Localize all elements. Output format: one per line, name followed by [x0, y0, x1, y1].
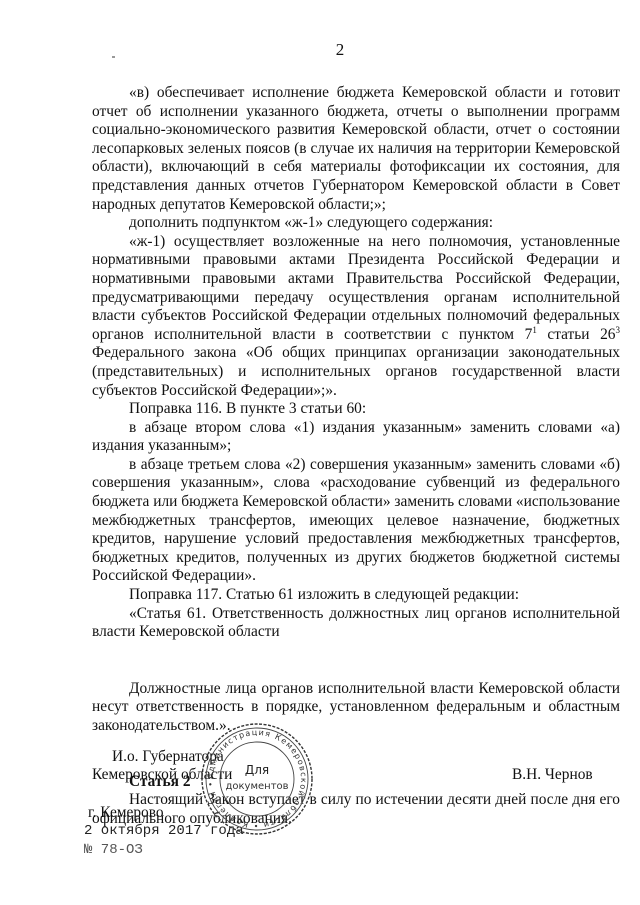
- paragraph-amendment-117: Поправка 117. Статью 61 изложить в следу…: [92, 586, 620, 605]
- page-number: 2: [0, 40, 640, 60]
- scan-speck: [112, 56, 115, 58]
- document-body: «в) обеспечивает исполнение бюджета Кеме…: [92, 84, 620, 828]
- signatory-name: В.Н. Чернов: [512, 765, 593, 784]
- svg-text:документов: документов: [225, 781, 288, 792]
- paragraph-budget-execution: «в) обеспечивает исполнение бюджета Кеме…: [92, 84, 620, 214]
- law-number: № 78-ОЗ: [84, 842, 143, 858]
- paragraph-officials-responsibility: Должностные лица органов исполнительной …: [92, 680, 620, 736]
- paragraph-second-abzac: в абзаце втором слова «1) издания указан…: [92, 419, 620, 456]
- signing-city: г. Кемерово: [88, 803, 164, 822]
- paragraph-amendment-116: Поправка 116. В пункте 3 статьи 60:: [92, 400, 620, 419]
- paragraph-add-subitem: дополнить подпунктом «ж-1» следующего со…: [92, 214, 620, 233]
- stamp-seal-icon: Администрация Кемеровской области • Колл…: [200, 722, 314, 836]
- paragraph-subitem-zh1: «ж-1) осуществляет возложенные на него п…: [92, 233, 620, 400]
- svg-text:Для: Для: [245, 763, 269, 777]
- paragraph-third-abzac: в абзаце третьем слова «2) совершения ук…: [92, 456, 620, 586]
- svg-text:Администрация Кемеровской обла: Администрация Кемеровской области • Колл…: [206, 728, 308, 830]
- official-stamp: Администрация Кемеровской области • Колл…: [200, 722, 314, 836]
- paragraph-article-61-title: «Статья 61. Ответственность должностных …: [92, 605, 620, 642]
